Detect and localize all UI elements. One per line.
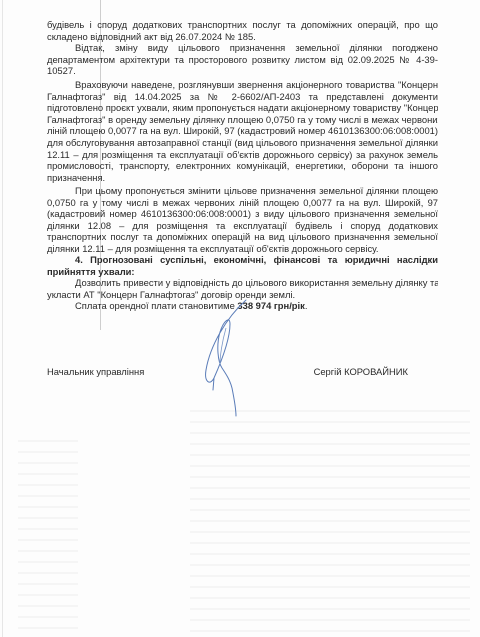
- document-page: будівель і спoруд додаткових транспортни…: [0, 0, 480, 637]
- scan-edge: [2, 0, 3, 637]
- text-line: складено відповідний акт від 26.07.2024 …: [47, 31, 438, 43]
- text-line: призначення.: [47, 172, 438, 184]
- text-line: Дозволить привести у відповідність до ці…: [47, 277, 438, 289]
- paragraph-proposal: Враховуючи наведене, розглянувши звернен…: [47, 79, 438, 183]
- text-line: Відтак, зміну виду цільового призначення…: [47, 42, 438, 54]
- text-line: 0,0750 га у тому числі в межах червоних …: [47, 197, 438, 209]
- paragraph-continuation: будівель і спoруд додаткових транспортни…: [47, 19, 438, 42]
- text-line: для обслуговування автозаправної станції…: [47, 137, 438, 149]
- text-line: При цьому пропонується змінити цільове п…: [47, 185, 438, 197]
- text-line: Галнафтогаз" в оренду земельну ділянку п…: [47, 114, 438, 126]
- text-line: промисловості, транспорту, електронних к…: [47, 160, 438, 172]
- section-heading: 4. Прогнозовані суспільні, економічні, ф…: [47, 254, 438, 266]
- text-line: 10527.: [47, 65, 438, 77]
- paragraph-change: При цьому пропонується змінити цільове п…: [47, 185, 438, 255]
- signatory-name: Сергій КОРОВАЙНИК: [314, 366, 408, 377]
- section-heading: прийняття ухвали:: [47, 266, 438, 278]
- bleed-through: [190, 410, 470, 635]
- text-line: Галнафтогаз" від 14.04.2025 за № 2-6602/…: [47, 91, 438, 103]
- handwritten-signature: [196, 298, 266, 418]
- text-line: ділянки 12.08 – для розміщення та експлу…: [47, 220, 438, 232]
- paragraph-approval: Відтак, зміну виду цільового призначення…: [47, 42, 438, 77]
- text-line: ділянки 12.11 – для розміщення та експлу…: [47, 243, 438, 255]
- text-line: департаментом архітектури та просторовог…: [47, 54, 438, 66]
- text-line: підготовлено проєкт ухвали, яким пропону…: [47, 102, 438, 114]
- text-line: будівель і спoруд додаткових транспортни…: [47, 19, 438, 31]
- text-line: ліній площею 0,0077 га на вул. Широкій, …: [47, 125, 438, 137]
- text-line: 12.11 – для розміщення та експлуатації о…: [47, 149, 438, 161]
- signatory-position: Начальник управління: [47, 366, 144, 377]
- bleed-through: [18, 440, 78, 635]
- text-line: Враховуючи наведене, розглянувши звернен…: [47, 79, 438, 91]
- text-line: (кадастровий номер 4610136300:06:008:000…: [47, 208, 438, 220]
- text-line: транспортних послуг та допоміжних операц…: [47, 231, 438, 243]
- rent-suffix: .: [305, 300, 308, 311]
